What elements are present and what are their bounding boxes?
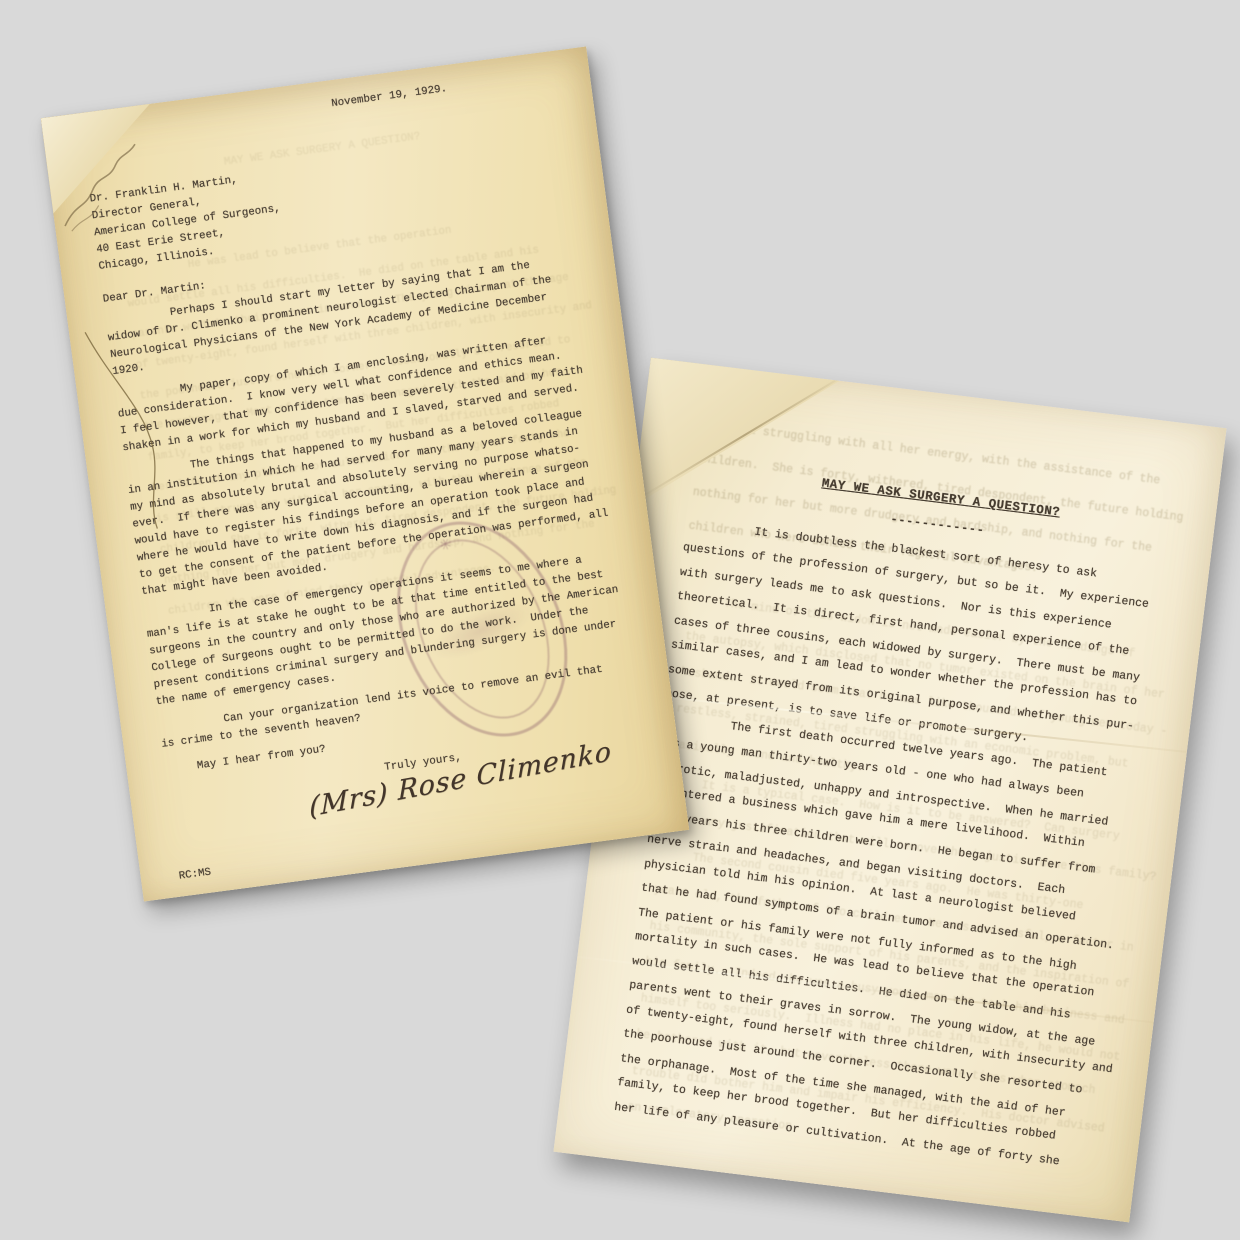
- photo-backdrop: is still struggling with all her energy,…: [0, 0, 1240, 1240]
- paper-paragraph: The first death occurred twelve years ag…: [613, 706, 1160, 1180]
- letter-date: November 19, 1929.: [330, 64, 578, 113]
- letter-page: MAY WE ASK SURGERY A QUESTION? He was le…: [41, 46, 689, 901]
